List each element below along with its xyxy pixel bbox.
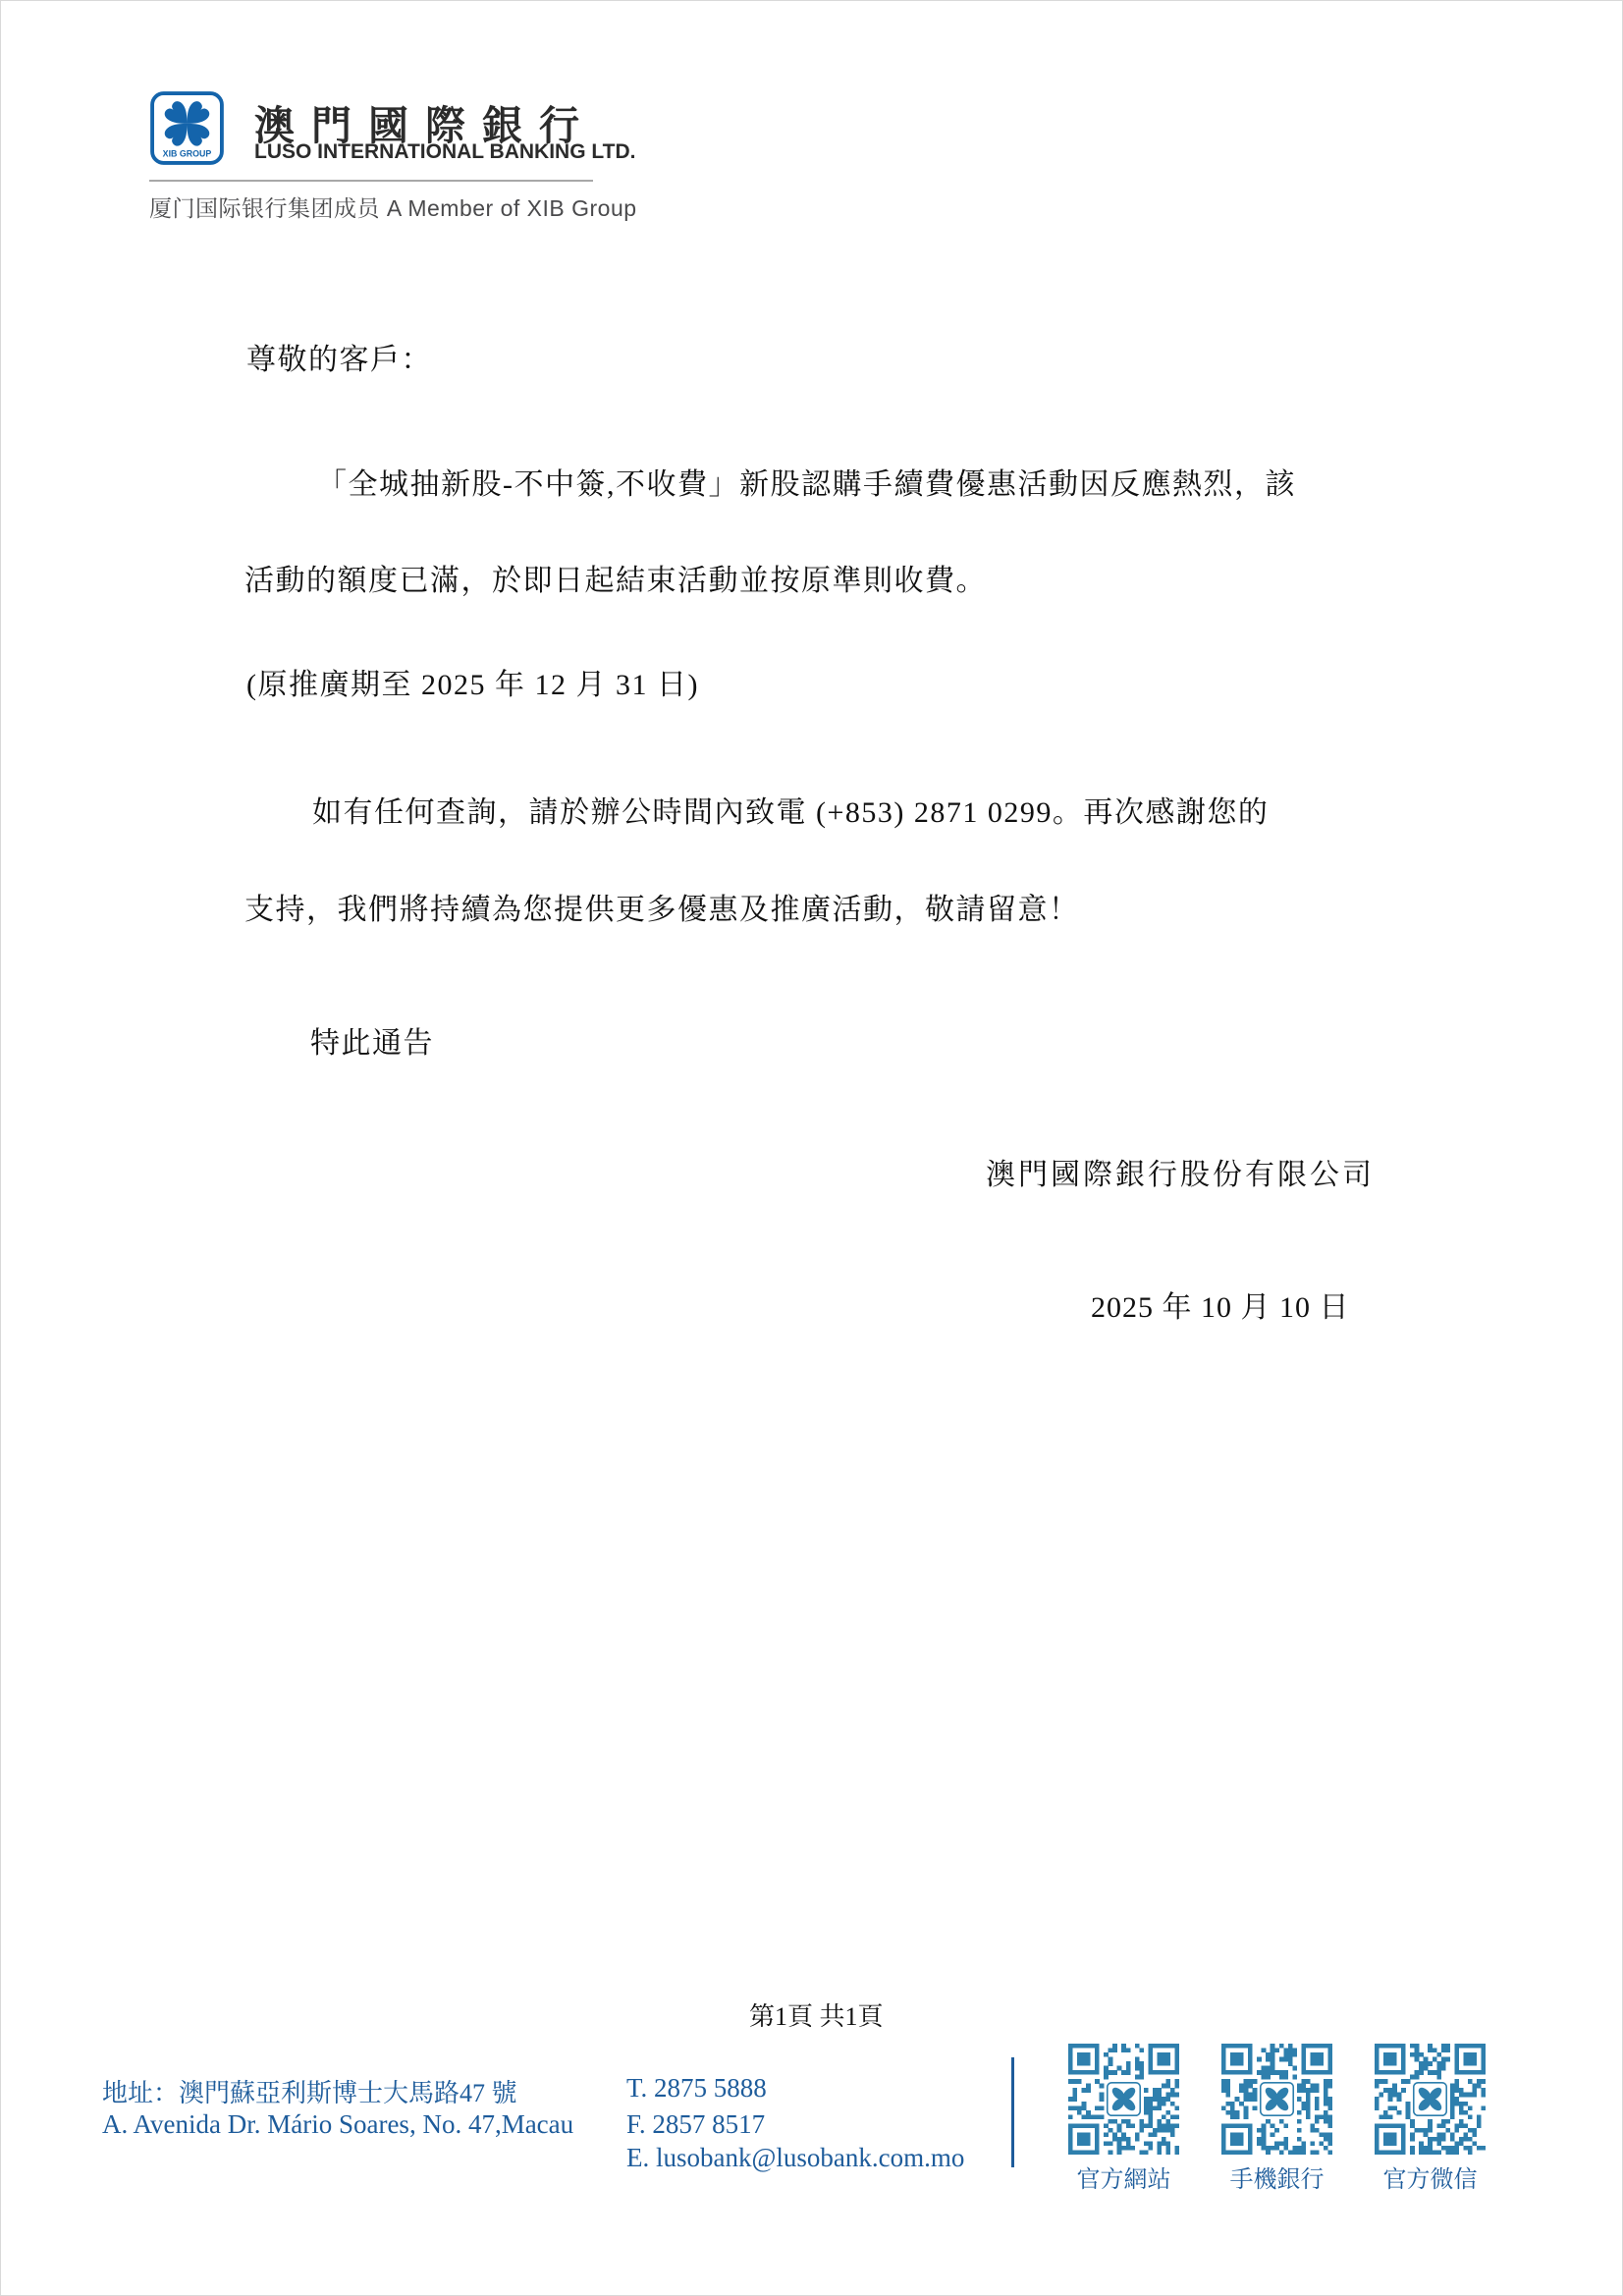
salutation: 尊敬的客戶： — [246, 335, 432, 378]
bank-notice-document: XIB GROUP 澳門國際銀行 LUSO INTERNATIONAL BANK… — [0, 0, 1623, 2296]
qr-label-mobile-banking: 手機銀行 — [1221, 2159, 1332, 2194]
signature-company: 澳門國際銀行股份有限公司 — [986, 1150, 1375, 1193]
qr-code-wechat — [1375, 2044, 1486, 2155]
qr-code-mobile-banking — [1221, 2044, 1332, 2155]
qr-code-website — [1068, 2044, 1179, 2155]
promo-period-note: (原推廣期至 2025 年 12 月 31 日) — [246, 660, 699, 703]
bank-name-english: LUSO INTERNATIONAL BANKING LTD. — [254, 140, 635, 164]
address-english: A. Avenida Dr. Mário Soares, No. 47,Maca… — [102, 2109, 573, 2140]
qr-label-website: 官方網站 — [1068, 2159, 1179, 2194]
address-chinese: 地址：澳門蘇亞利斯博士大馬路47 號 — [102, 2073, 517, 2109]
paragraph1-line1: 「全城抽新股-不中簽,不收費」新股認購手續費優惠活動因反應熱烈，該 — [317, 460, 1296, 503]
closing-phrase: 特此通告 — [310, 1018, 434, 1062]
paragraph1-line2: 活動的額度已滿，於即日起結束活動並按原準則收費。 — [244, 556, 987, 599]
page-number: 第1頁 共1頁 — [749, 1996, 884, 2033]
letter-date: 2025 年 10 月 10 日 — [1091, 1283, 1350, 1326]
paragraph2-line2: 支持，我們將持續為您提供更多優惠及推廣活動，敬請留意！ — [244, 885, 1080, 928]
telephone-number: T. 2875 5888 — [626, 2073, 767, 2104]
group-member-line: 厦门国际银行集团成员 A Member of XIB Group — [149, 191, 637, 223]
logo-badge-text: XIB GROUP — [163, 149, 212, 159]
qr-label-wechat: 官方微信 — [1375, 2159, 1486, 2194]
xib-group-logo-icon: XIB GROUP — [149, 89, 225, 167]
fax-number: F. 2857 8517 — [626, 2109, 765, 2140]
paragraph2-line1: 如有任何查詢，請於辦公時間內致電 (+853) 2871 0299。再次感謝您的 — [312, 788, 1269, 831]
header-divider — [149, 180, 593, 182]
email-address: E. lusobank@lusobank.com.mo — [626, 2143, 964, 2173]
footer-divider — [1011, 2057, 1014, 2167]
